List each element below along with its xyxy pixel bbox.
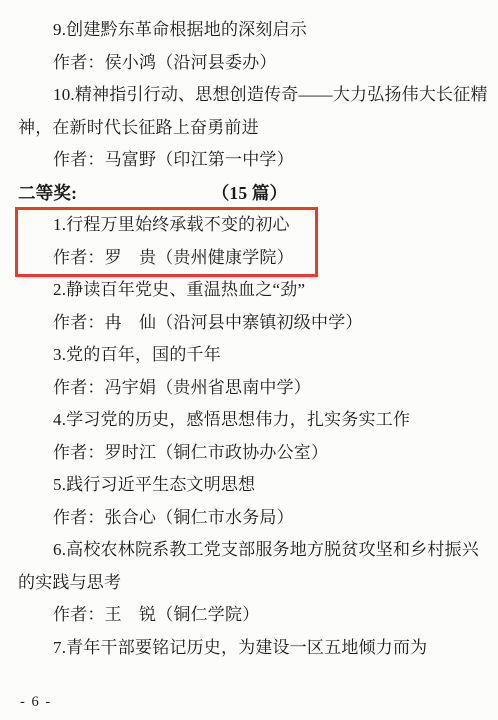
entry-title: 2.静读百年党史、重温热血之“劲” [18,274,490,307]
author-line: 作者：张合心（铜仁市水务局） [18,502,490,535]
author-line: 作者：侯小鸿（沿河县委办） [18,47,490,80]
entry-title-continuation: 神，在新时代长征路上奋勇前进 [18,112,490,145]
document-page: 9.创建黔东革命根据地的深刻启示 作者：侯小鸿（沿河县委办） 10.精神指引行动… [0,0,498,720]
section-header-count: （15 篇） [212,183,288,203]
entry-title: 5.践行习近平生态文明思想 [18,469,490,502]
entry-title-highlighted: 1.行程万里始终承载不变的初心 [18,209,490,242]
entry-title: 10.精神指引行动、思想创造传奇——大力弘扬伟大长征精 [18,79,490,112]
author-line: 作者：冯宇娟（贵州省思南中学） [18,372,490,405]
entry-title-continuation: 的实践与思考 [18,567,490,600]
entry-title: 9.创建黔东革命根据地的深刻启示 [18,14,490,47]
author-line: 作者：罗时江（铜仁市政协办公室） [18,437,490,470]
author-line-highlighted: 作者：罗 贵（贵州健康学院） [18,242,490,275]
author-line: 作者：王 锐（铜仁学院） [18,599,490,632]
section-header: 二等奖: （15 篇） [18,177,490,210]
author-line: 作者：冉 仙（沿河县中寨镇初级中学） [18,307,490,340]
page-number: - 6 - [20,694,52,711]
section-header-label: 二等奖: [18,183,77,203]
document-body: 9.创建黔东革命根据地的深刻启示 作者：侯小鸿（沿河县委办） 10.精神指引行动… [18,14,490,664]
entry-title: 3.党的百年，国的千年 [18,339,490,372]
author-line: 作者：马富野（印江第一中学） [18,144,490,177]
entry-title: 7.青年干部要铭记历史，为建设一区五地倾力而为 [18,632,490,665]
entry-title: 4.学习党的历史，感悟思想伟力，扎实务实工作 [18,404,490,437]
entry-title: 6.高校农林院系教工党支部服务地方脱贫攻坚和乡村振兴 [18,534,490,567]
